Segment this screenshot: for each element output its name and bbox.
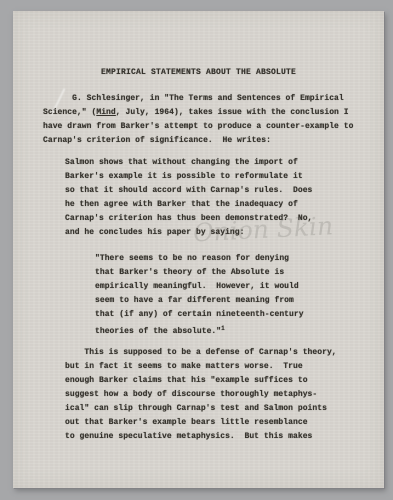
document-title: EMPIRICAL STATEMENTS ABOUT THE ABSOLUTE	[13, 66, 384, 80]
journal-name-underlined: Mind	[96, 108, 115, 117]
nested-quotation-text: "There seems to be no reason for denying…	[95, 254, 304, 336]
scanned-document-view: { "page": { "title": "EMPIRICAL STATEMEN…	[0, 0, 393, 500]
document-page: Onion Skin EMPIRICAL STATEMENTS ABOUT TH…	[13, 11, 384, 488]
footnote-superscript: 1	[221, 325, 225, 332]
nested-quotation: "There seems to be no reason for denying…	[95, 252, 304, 339]
opening-paragraph: G. Schlesinger, in "The Terms and Senten…	[43, 92, 353, 148]
closing-paragraph: This is supposed to be a defense of Carn…	[65, 346, 337, 444]
salmon-block-quote: Salmon shows that without changing the i…	[65, 156, 312, 240]
